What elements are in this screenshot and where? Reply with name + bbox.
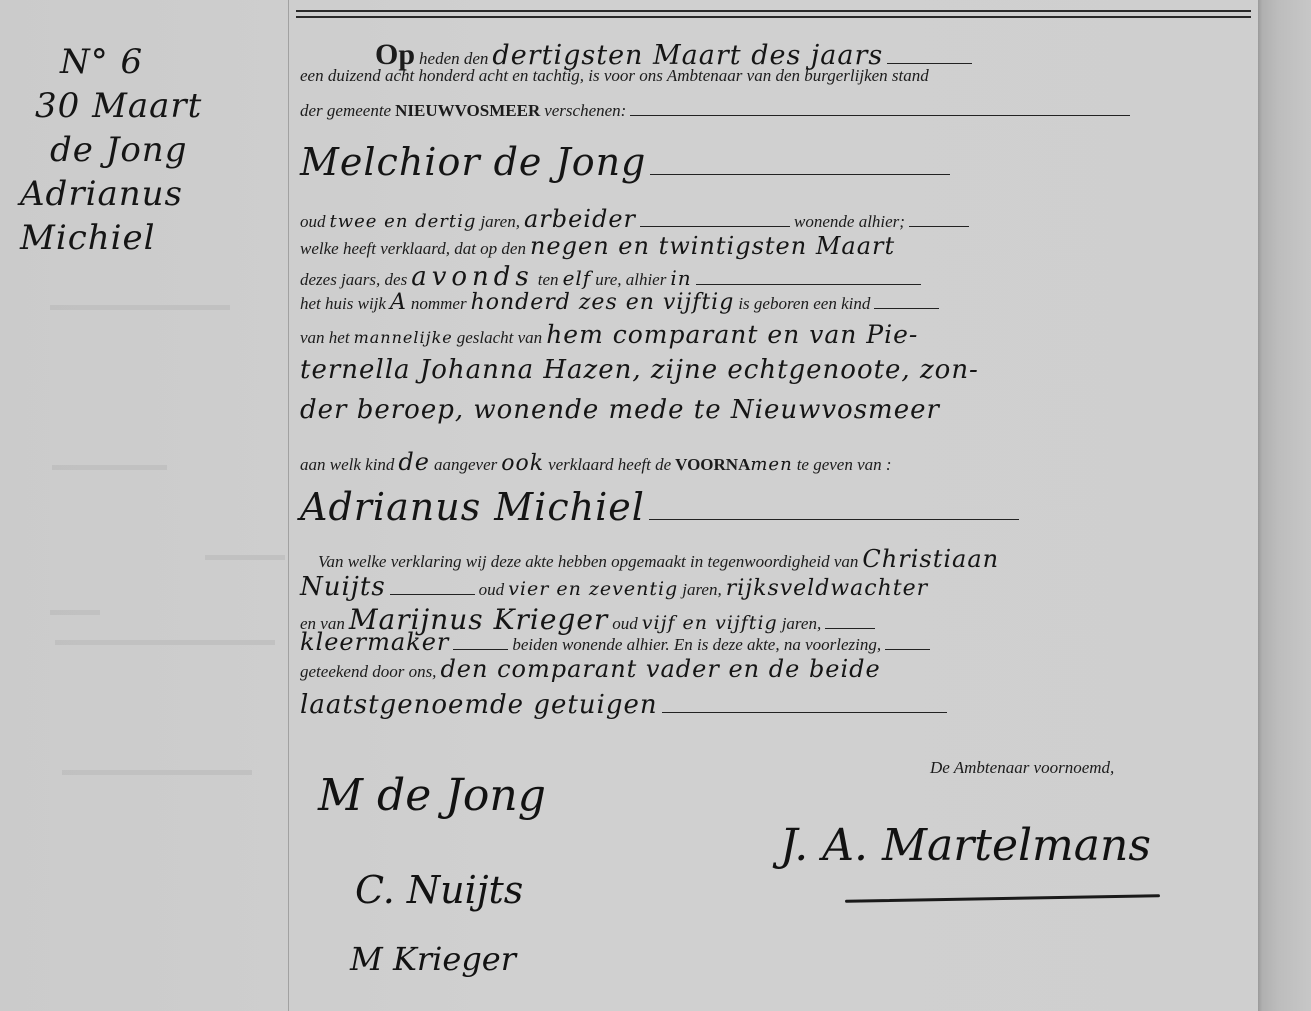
record-line-15: Nuijts oud vier en zeventig jaren, rijks… [300,572,928,602]
record-line-10: ternella Johanna Hazen, zijne echtgenoot… [300,355,979,385]
record-line-3: der gemeente NIEUWVOSMEER verschenen: [300,101,1130,121]
signature-official: J. A. Martelmans [780,820,1151,871]
child-surname: de Jong [20,128,280,172]
signature-witness2: M Krieger [350,940,516,978]
declarant-name: Melchior de Jong [300,140,646,184]
record-line-14: Van welke verklaring wij deze akte hebbe… [318,545,999,573]
record-line-13: Adrianus Michiel [300,485,1019,529]
bleed-through [205,555,285,560]
record-line-12: aan welk kind de aangever ook verklaard … [300,448,892,476]
birth-date: negen en twintigsten Maart [530,232,895,260]
mother-name: ternella Johanna Hazen, zijne echtgenoot… [300,355,979,385]
record-line-8: het huis wijk A nommer honderd zes en vi… [300,290,939,315]
official-label: De Ambtenaar voornoemd, [930,758,1114,778]
bleed-through [50,305,230,310]
child-given-names: Adrianus Michiel [300,485,645,529]
record-line-2: een duizend acht honderd acht en tachtig… [300,66,929,86]
margin-rule [288,0,289,1011]
declarant-occupation: arbeider [524,205,636,233]
record-line-9: van het mannelijke geslacht van hem comp… [300,320,918,349]
top-rule [296,10,1251,12]
child-given-name-2: Michiel [20,216,280,260]
bleed-through [50,610,100,615]
margin-note: N° 6 30 Maart de Jong Adrianus Michiel [20,40,280,260]
municipality: NIEUWVOSMEER [395,101,540,120]
bleed-through [62,770,252,775]
record-number: N° 6 [20,40,280,84]
bleed-through [52,465,167,470]
witness1-surname: Nuijts [300,572,386,602]
house-number: honderd zes en vijftig [471,290,735,315]
record-line-4: Melchior de Jong [300,140,950,184]
record-line-5: oud twee en dertig jaren, arbeider wonen… [300,205,969,233]
signature-father: M de Jong [318,770,546,821]
signature-flourish [845,894,1160,902]
record-date: 30 Maart [20,84,280,128]
record-line-7: dezes jaars, des avonds ten elf ure, alh… [300,262,921,292]
record-line-19: laatstgenoemde getuigen [300,690,947,720]
record-line-17: kleermaker beiden wonende alhier. En is … [300,628,930,656]
record-line-18: geteekend door ons, den comparant vader … [300,655,881,683]
record-line-11: der beroep, wonende mede te Nieuwvosmeer [300,395,940,425]
signature-witness1: C. Nuijts [355,868,523,912]
register-page: N° 6 30 Maart de Jong Adrianus Michiel O… [0,0,1311,1011]
page-edge [1258,0,1311,1011]
top-rule-2 [296,16,1251,18]
child-given-name-1: Adrianus [20,172,280,216]
record-line-6: welke heeft verklaard, dat op den negen … [300,232,895,260]
bleed-through [55,640,275,645]
